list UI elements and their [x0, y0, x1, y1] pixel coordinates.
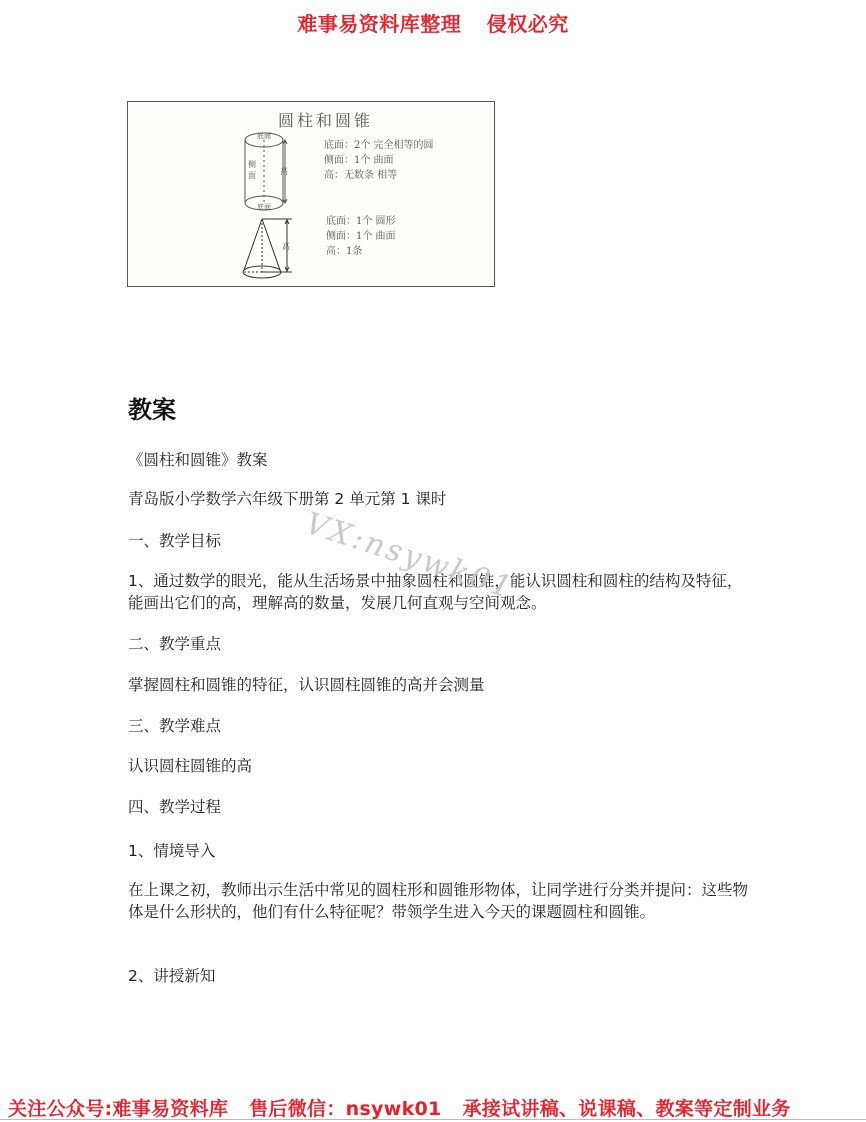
svg-text:面: 面 [248, 171, 256, 180]
cone-note-base: 底面：1个 圆形 [326, 214, 396, 229]
svg-text:高: 高 [282, 241, 290, 251]
geometry-drawing: 底面 底面 侧 面 高 高 [128, 102, 494, 286]
cone-note-side: 侧面：1个 曲面 [326, 229, 396, 244]
footer-banner: 关注公众号:难事易资料库 售后微信：nsywk01 承接试讲稿、说课稿、教案等定… [0, 1094, 866, 1121]
footer-banner-account: 关注公众号:难事易资料库 [8, 1098, 228, 1120]
document-heading: 教案 [128, 390, 176, 425]
step-1-title: 1、情境导入 [128, 840, 748, 862]
svg-text:高: 高 [280, 166, 288, 176]
lesson-title: 《圆柱和圆锥》教案 [128, 449, 748, 471]
difficulties-text: 认识圆柱圆锥的高 [128, 755, 748, 777]
header-banner-copyright: 侵权必究 [487, 12, 569, 36]
section-difficulties: 三、教学难点 [128, 715, 748, 737]
footer-divider [0, 1119, 866, 1120]
footer-banner-wechat: 售后微信：nsywk01 [249, 1098, 441, 1120]
handwritten-figure: 圆柱和圆锥 底面 底面 侧 面 高 [127, 101, 495, 287]
cone-notes: 底面：1个 圆形 侧面：1个 曲面 高：1条 [326, 214, 396, 259]
cone-note-height: 高：1条 [326, 244, 396, 259]
step-2-title: 2、讲授新知 [128, 965, 748, 987]
footer-banner-services: 承接试讲稿、说课稿、教案等定制业务 [463, 1098, 791, 1120]
svg-text:底面: 底面 [257, 131, 271, 140]
section-process: 四、教学过程 [128, 796, 748, 818]
section-key-points: 二、教学重点 [128, 633, 748, 655]
cylinder-note-base: 底面：2个 完全相等的圆 [324, 138, 434, 153]
cylinder-note-side: 侧面：1个 曲面 [324, 153, 434, 168]
lesson-info: 青岛版小学数学六年级下册第 2 单元第 1 课时 [128, 488, 748, 510]
svg-text:侧: 侧 [248, 159, 256, 169]
key-points-text: 掌握圆柱和圆锥的特征，认识圆柱圆锥的高并会测量 [128, 674, 748, 696]
header-banner: 难事易资料库整理 侵权必究 [0, 8, 866, 37]
svg-text:底面: 底面 [257, 202, 271, 211]
cylinder-notes: 底面：2个 完全相等的圆 侧面：1个 曲面 高：无数条 相等 [324, 138, 434, 183]
header-banner-source: 难事易资料库整理 [297, 12, 461, 36]
cylinder-note-height: 高：无数条 相等 [324, 168, 434, 183]
step-1-text: 在上课之初，教师出示生活中常见的圆柱形和圆锥形物体，让同学进行分类并提问：这些物… [128, 879, 748, 923]
